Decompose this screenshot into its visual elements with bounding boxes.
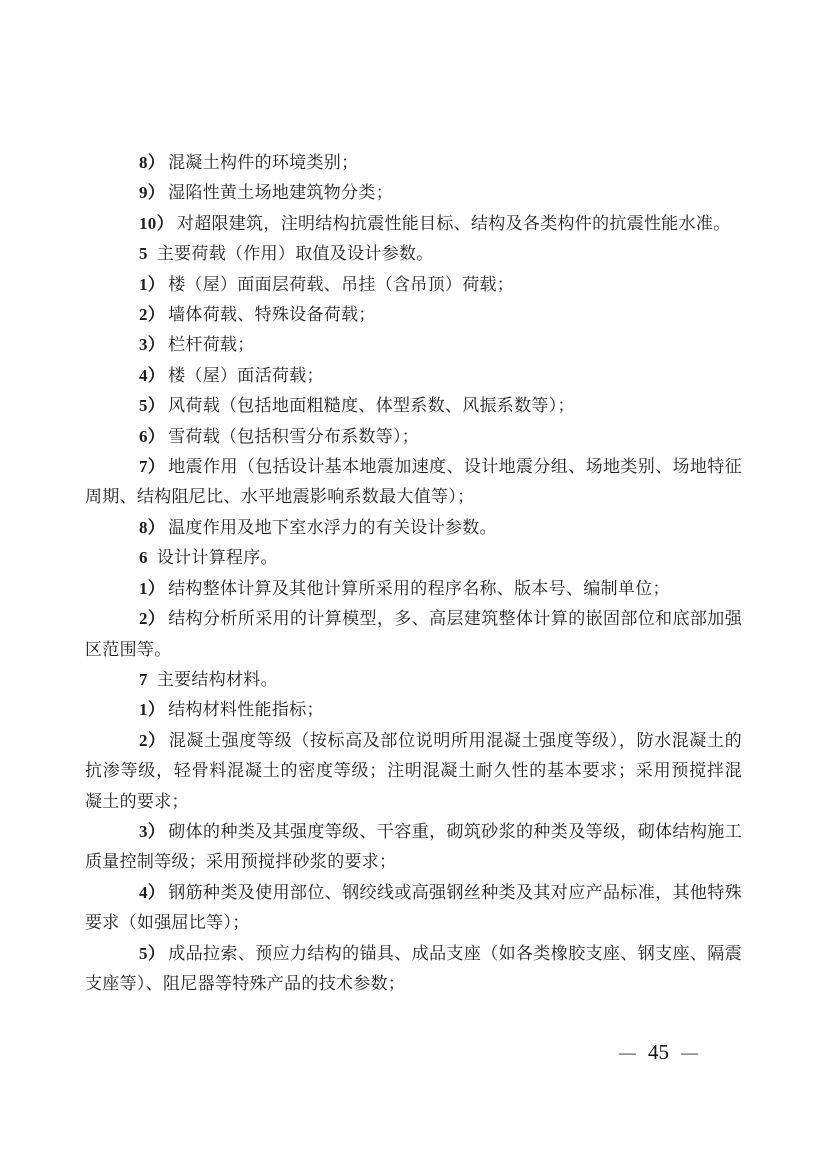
item-number: 6）	[139, 427, 165, 446]
item-text: 对超限建筑，注明结构抗震性能目标、结构及各类构件的抗震性能水准。	[177, 214, 731, 233]
item-text: 混凝土强度等级（按标高及部位说明所用混凝土强度等级），防水混凝土的抗渗等级，轻骨…	[85, 731, 742, 811]
item-number: 3）	[139, 335, 165, 354]
paragraph: 3）砌体的种类及其强度等级、干容重，砌筑砂浆的种类及等级，砌体结构施工质量控制等…	[85, 817, 742, 878]
item-text: 雪荷载（包括积雪分布系数等）；	[168, 427, 419, 446]
item-number: 9）	[139, 183, 165, 202]
paragraph: 1）结构整体计算及其他计算所采用的程序名称、版本号、编制单位；	[85, 574, 742, 604]
item-text: 设计计算程序。	[157, 548, 278, 567]
item-text: 结构分析所采用的计算模型，多、高层建筑整体计算的嵌固部位和底部加强区范围等。	[85, 609, 742, 658]
paragraph: 9）湿陷性黄土场地建筑物分类；	[85, 178, 742, 208]
item-text: 楼（屋）面面层荷载、吊挂（含吊顶）荷载；	[168, 275, 514, 294]
document-page: 8）混凝土构件的环境类别； 9）湿陷性黄土场地建筑物分类； 10）对超限建筑，注…	[0, 0, 827, 1169]
item-number: 3）	[139, 822, 165, 841]
document-body: 8）混凝土构件的环境类别； 9）湿陷性黄土场地建筑物分类； 10）对超限建筑，注…	[85, 148, 742, 999]
paragraph: 2）墙体荷载、特殊设备荷载；	[85, 300, 742, 330]
paragraph: 7）地震作用（包括设计基本地震加速度、设计地震分组、场地类别、场地特征周期、结构…	[85, 452, 742, 513]
footer-dash-right: —	[681, 1043, 698, 1063]
paragraph: 3）栏杆荷载；	[85, 330, 742, 360]
item-number: 4）	[139, 883, 165, 902]
paragraph: 7主要结构材料。	[85, 665, 742, 695]
item-text: 温度作用及地下室水浮力的有关设计参数。	[168, 518, 497, 537]
item-text: 结构材料性能指标；	[168, 700, 324, 719]
item-text: 地震作用（包括设计基本地震加速度、设计地震分组、场地类别、场地特征周期、结构阻尼…	[85, 457, 742, 506]
paragraph: 2）结构分析所采用的计算模型，多、高层建筑整体计算的嵌固部位和底部加强区范围等。	[85, 604, 742, 665]
item-number: 7	[139, 670, 148, 689]
paragraph: 8）混凝土构件的环境类别；	[85, 148, 742, 178]
item-number: 2）	[139, 609, 165, 628]
item-number: 4）	[139, 366, 165, 385]
item-number: 10）	[139, 214, 174, 233]
paragraph: 1）结构材料性能指标；	[85, 695, 742, 725]
item-number: 5）	[139, 944, 165, 963]
item-number: 1）	[139, 579, 165, 598]
item-number: 2）	[139, 731, 166, 750]
item-number: 5	[139, 244, 148, 263]
paragraph: 2）混凝土强度等级（按标高及部位说明所用混凝土强度等级），防水混凝土的抗渗等级，…	[85, 726, 742, 817]
item-text: 结构整体计算及其他计算所采用的程序名称、版本号、编制单位；	[168, 579, 670, 598]
item-text: 湿陷性黄土场地建筑物分类；	[168, 183, 393, 202]
item-text: 砌体的种类及其强度等级、干容重，砌筑砂浆的种类及等级，砌体结构施工质量控制等级；…	[85, 822, 742, 871]
item-text: 墙体荷载、特殊设备荷载；	[168, 305, 376, 324]
page-footer: — 45 —	[0, 1040, 827, 1070]
item-text: 钢筋种类及使用部位、钢绞线或高强钢丝种类及其对应产品标准，其他特殊要求（如强屈比…	[85, 883, 742, 932]
item-number: 5）	[139, 396, 165, 415]
paragraph: 8）温度作用及地下室水浮力的有关设计参数。	[85, 513, 742, 543]
item-number: 1）	[139, 700, 165, 719]
paragraph: 10）对超限建筑，注明结构抗震性能目标、结构及各类构件的抗震性能水准。	[85, 209, 742, 239]
item-number: 7）	[139, 457, 165, 476]
item-text: 主要荷载（作用）取值及设计参数。	[157, 244, 434, 263]
item-text: 栏杆荷载；	[168, 335, 255, 354]
paragraph: 5）风荷载（包括地面粗糙度、体型系数、风振系数等）；	[85, 391, 742, 421]
paragraph: 5主要荷载（作用）取值及设计参数。	[85, 239, 742, 269]
item-text: 楼（屋）面活荷载；	[168, 366, 324, 385]
page-number-block: — 45 —	[619, 1040, 698, 1065]
paragraph: 5）成品拉索、预应力结构的锚具、成品支座（如各类橡胶支座、钢支座、隔震支座等）、…	[85, 939, 742, 1000]
item-number: 8）	[139, 153, 165, 172]
paragraph: 6设计计算程序。	[85, 543, 742, 573]
item-text: 成品拉索、预应力结构的锚具、成品支座（如各类橡胶支座、钢支座、隔震支座等）、阻尼…	[85, 944, 742, 993]
paragraph: 1）楼（屋）面面层荷载、吊挂（含吊顶）荷载；	[85, 270, 742, 300]
paragraph: 4）楼（屋）面活荷载；	[85, 361, 742, 391]
paragraph: 6）雪荷载（包括积雪分布系数等）；	[85, 422, 742, 452]
item-number: 1）	[139, 275, 165, 294]
footer-dash-left: —	[619, 1043, 636, 1063]
item-number: 2）	[139, 305, 165, 324]
item-text: 混凝土构件的环境类别；	[168, 153, 358, 172]
page-number: 45	[648, 1040, 669, 1065]
item-text: 主要结构材料。	[157, 670, 278, 689]
item-number: 8）	[139, 518, 165, 537]
item-text: 风荷载（包括地面粗糙度、体型系数、风振系数等）；	[168, 396, 575, 415]
item-number: 6	[139, 548, 148, 567]
paragraph: 4）钢筋种类及使用部位、钢绞线或高强钢丝种类及其对应产品标准，其他特殊要求（如强…	[85, 878, 742, 939]
